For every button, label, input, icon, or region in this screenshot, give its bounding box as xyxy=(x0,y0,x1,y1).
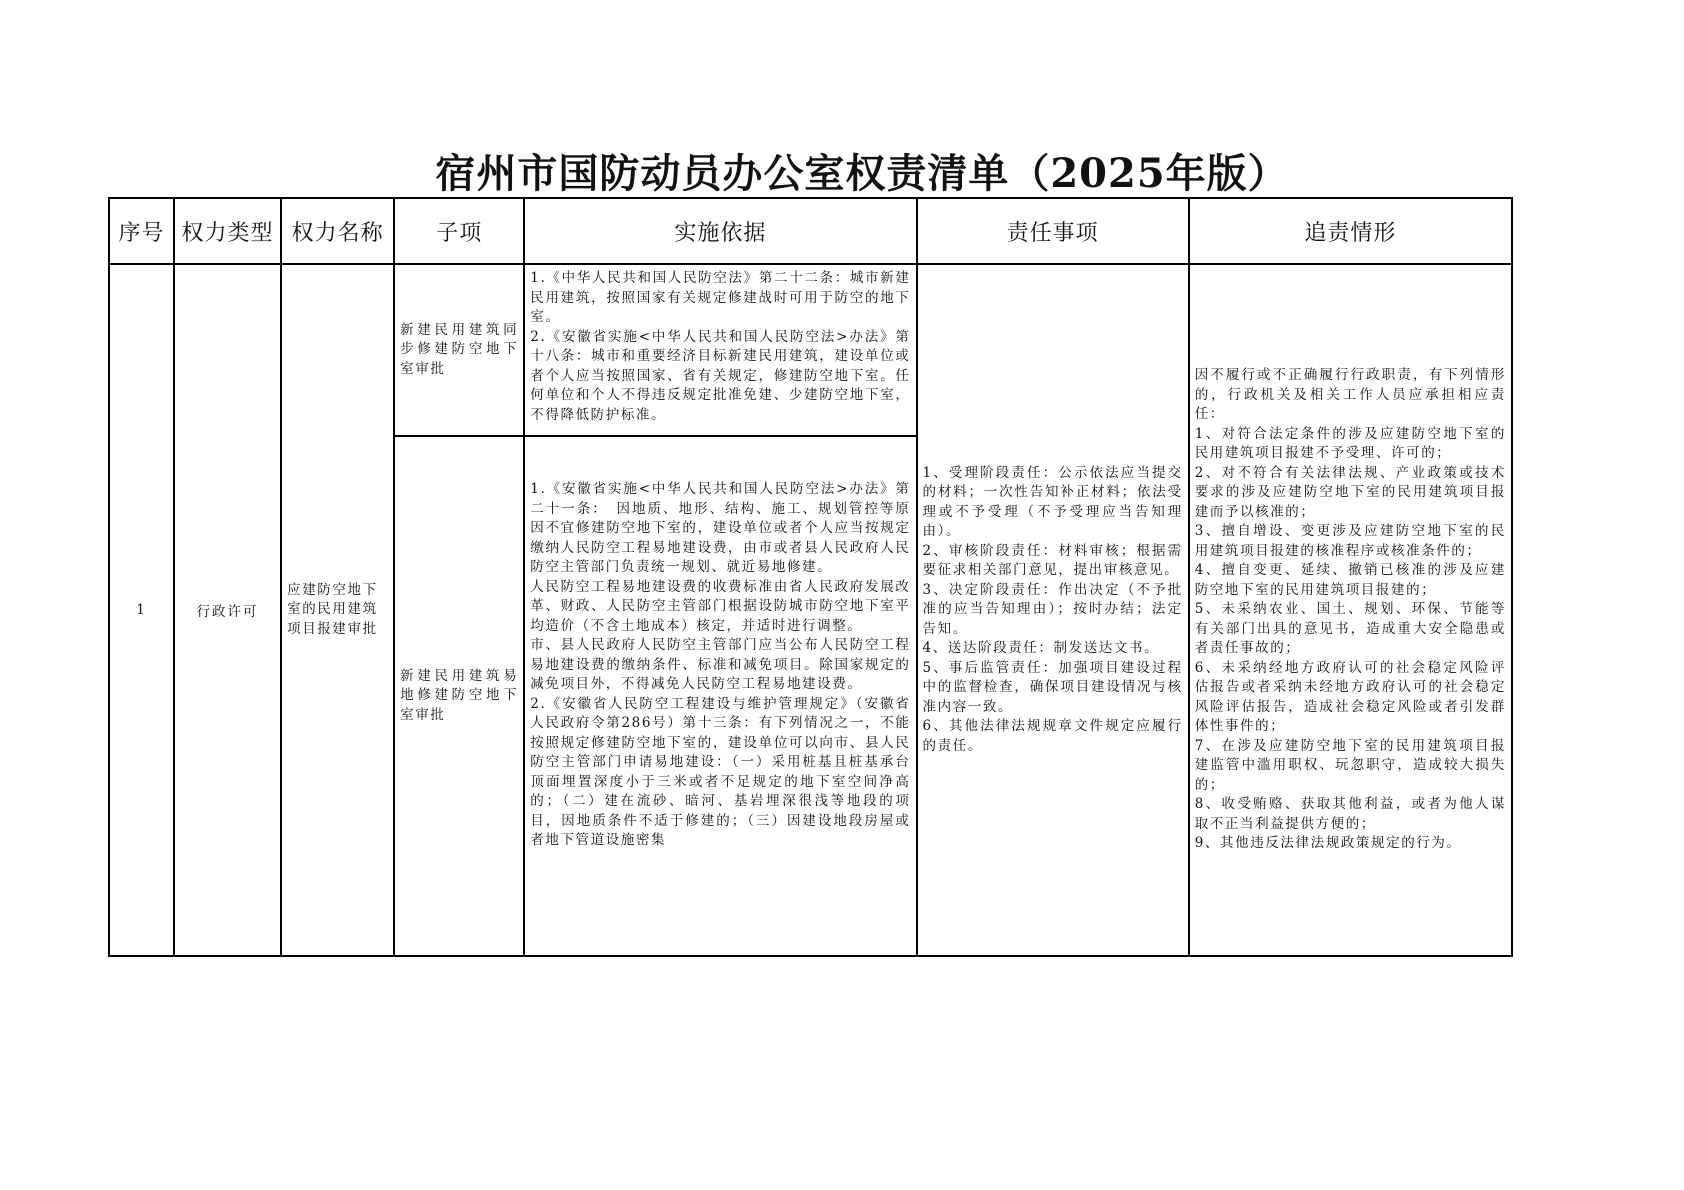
sub-item-basis: 1.《安徽省实施<中华人民共和国人民防空法>办法》第二十一条： 因地质、地形、结… xyxy=(524,436,916,956)
header-sub-item: 子项 xyxy=(394,198,524,264)
row-power-name: 应建防空地下室的民用建筑项目报建审批 xyxy=(281,264,394,956)
row-accountability: 因不履行或不正确履行行政职责，有下列情形的，行政机关及相关工作人员应承担相应责任… xyxy=(1189,264,1512,956)
power-responsibility-table: 序号 权力类型 权力名称 子项 实施依据 责任事项 追责情形 1 行政许可 应建… xyxy=(108,197,1513,957)
sub-item-basis: 1.《中华人民共和国人民防空法》第二十二条：城市新建民用建筑，按照国家有关规定修… xyxy=(524,264,916,436)
sub-item-name: 新建民用建筑同步修建防空地下室审批 xyxy=(394,264,524,436)
table-row: 1 行政许可 应建防空地下室的民用建筑项目报建审批 新建民用建筑同步修建防空地下… xyxy=(109,264,1512,436)
header-power-type: 权力类型 xyxy=(174,198,281,264)
header-accountability: 追责情形 xyxy=(1189,198,1512,264)
header-responsibilities: 责任事项 xyxy=(917,198,1189,264)
header-index: 序号 xyxy=(109,198,174,264)
row-responsibilities: 1、受理阶段责任：公示依法应当提交的材料；一次性告知补正材料；依法受理或不予受理… xyxy=(917,264,1189,956)
row-index: 1 xyxy=(109,264,174,956)
table-header-row: 序号 权力类型 权力名称 子项 实施依据 责任事项 追责情形 xyxy=(109,198,1512,264)
header-power-name: 权力名称 xyxy=(281,198,394,264)
sub-item-basis-text: 1.《安徽省实施<中华人民共和国人民防空法>办法》第二十一条： 因地质、地形、结… xyxy=(530,480,910,912)
sub-item-name: 新建民用建筑易地修建防空地下室审批 xyxy=(394,436,524,956)
row-power-type: 行政许可 xyxy=(174,264,281,956)
header-basis: 实施依据 xyxy=(524,198,916,264)
document-title: 宿州市国防动员办公室权责清单（2025年版） xyxy=(0,142,1684,199)
